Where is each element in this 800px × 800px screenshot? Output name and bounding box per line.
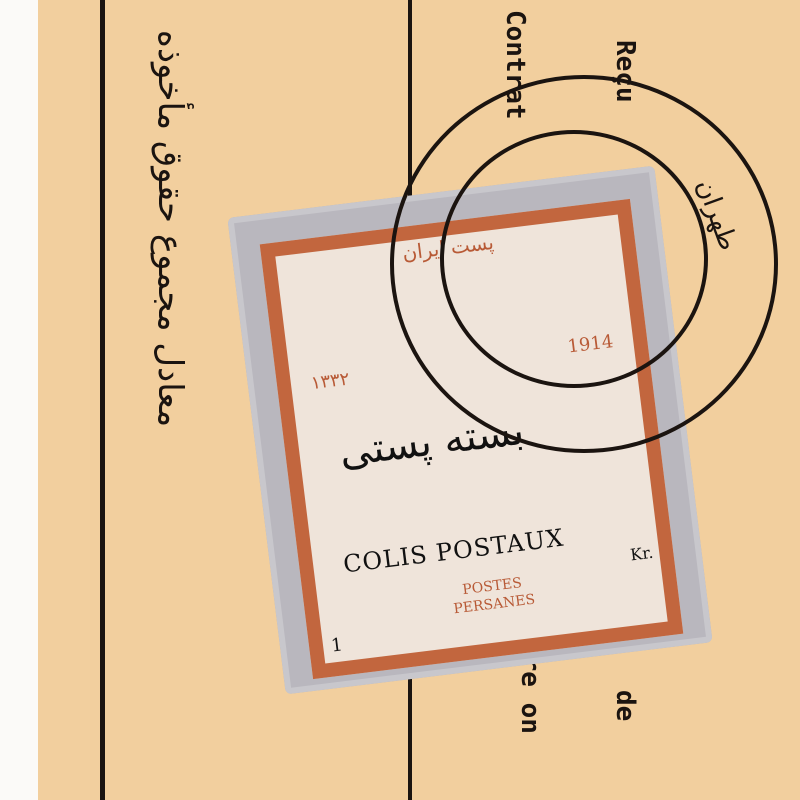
stamp-currency: Kr. <box>629 543 654 565</box>
page-edge <box>0 0 40 800</box>
form-text: de <box>610 690 640 721</box>
stamp-label: POSTES PERSANES <box>417 569 570 623</box>
cancel-ring-inner <box>440 130 708 388</box>
margin-text: معادل مجموع حقوق مأخوذه <box>150 30 190 427</box>
stamp-year-hijri: ۱۳۳۲ <box>310 369 351 395</box>
rule-line <box>100 0 105 800</box>
stamp-value: 1 <box>330 634 344 656</box>
stamp-overprint: COLIS POSTAUX <box>342 524 566 579</box>
